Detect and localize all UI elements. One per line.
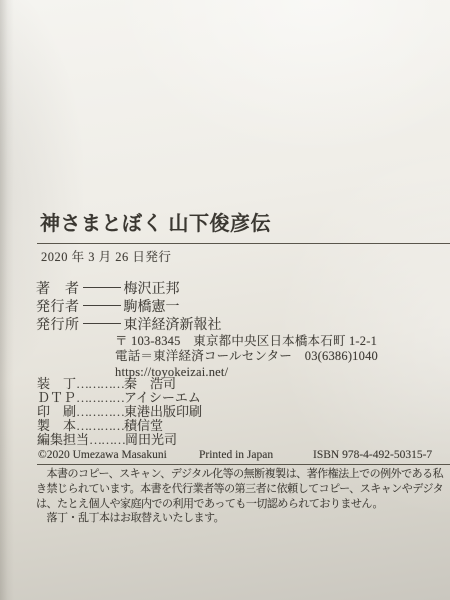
notice-line: 落丁・乱丁本はお取替えいたします。 bbox=[36, 511, 450, 526]
publisher-phone: 電話＝東洋経済コールセンター 03(6386)1040 bbox=[115, 349, 378, 364]
leader-dash bbox=[83, 323, 121, 324]
editor-name: 岡田光司 bbox=[125, 432, 177, 447]
imprint-row-publisher-company: 発行所東洋経済新報社 bbox=[36, 317, 222, 335]
footer-divider-rule bbox=[37, 464, 450, 465]
book-colophon-page: 神さまとぼく 山下俊彦伝 2020 年 3 月 26 日発行 著 者梅沢正邦 発… bbox=[0, 0, 450, 600]
dtp-label: ＤＴＰ bbox=[37, 390, 76, 405]
publisher-contact-block: 〒 103-8345 東京都中央区日本橋本石町 1-2-1 電話＝東洋経済コール… bbox=[115, 334, 378, 380]
author-name: 梅沢正邦 bbox=[124, 282, 180, 297]
design-label: 装 丁 bbox=[37, 376, 76, 391]
editor-label: 編集担当 bbox=[37, 432, 89, 447]
publication-date: 2020 年 3 月 26 日発行 bbox=[41, 247, 171, 265]
leader-dots: ………… bbox=[76, 390, 124, 405]
publisher-person-name: 駒橋憲一 bbox=[124, 300, 180, 315]
copyright-holder: ©2020 Umezawa Masakuni bbox=[38, 449, 167, 461]
publisher-company-label: 発行所 bbox=[36, 318, 80, 333]
dtp-name: アイシーエム bbox=[124, 390, 201, 405]
imprint-row-publisher-person: 発行者駒橋憲一 bbox=[36, 299, 222, 317]
book-title: 神さまとぼく 山下俊彦伝 bbox=[40, 212, 271, 236]
credit-row-design: 装 丁…………秦 浩司 bbox=[37, 377, 202, 391]
author-label: 著 者 bbox=[36, 282, 80, 297]
imprint-row-author: 著 者梅沢正邦 bbox=[36, 281, 222, 299]
printing-label: 印 刷 bbox=[37, 404, 76, 419]
publisher-company-name: 東洋経済新報社 bbox=[124, 318, 222, 333]
leader-dash bbox=[83, 287, 121, 288]
leader-dots: ……… bbox=[89, 432, 125, 447]
imprint-block: 著 者梅沢正邦 発行者駒橋憲一 発行所東洋経済新報社 bbox=[36, 281, 222, 335]
printing-name: 東港出版印刷 bbox=[124, 404, 202, 419]
leader-dots: ………… bbox=[76, 404, 124, 419]
publisher-person-label: 発行者 bbox=[36, 300, 80, 315]
title-divider-rule bbox=[37, 243, 450, 244]
credit-row-editor: 編集担当………岡田光司 bbox=[37, 433, 202, 447]
leader-dots: ………… bbox=[76, 376, 124, 391]
notice-line: き禁じられています。本書を代行業者等の第三者に依頼してコピー、スキャンやデジタ bbox=[36, 482, 450, 497]
copy-prohibition-notice: 本書のコピー、スキャン、デジタル化等の無断複製は、著作権法上での例外である私 き… bbox=[36, 467, 450, 526]
design-name: 秦 浩司 bbox=[124, 376, 176, 391]
copyright-line: ©2020 Umezawa Masakuni Printed in Japan … bbox=[36, 449, 450, 463]
notice-line: は、たとえ個人や家庭内での利用であっても一切認められておりません。 bbox=[36, 497, 450, 512]
isbn: ISBN 978-4-492-50315-7 bbox=[313, 449, 432, 461]
credits-block: 装 丁…………秦 浩司 ＤＴＰ…………アイシーエム 印 刷…………東港出版印刷 … bbox=[37, 377, 202, 447]
notice-line: 本書のコピー、スキャン、デジタル化等の無断複製は、著作権法上での例外である私 bbox=[36, 467, 450, 482]
printed-in-japan: Printed in Japan bbox=[199, 449, 273, 461]
leader-dash bbox=[83, 305, 121, 306]
publisher-address: 〒 103-8345 東京都中央区日本橋本石町 1-2-1 bbox=[115, 334, 378, 349]
